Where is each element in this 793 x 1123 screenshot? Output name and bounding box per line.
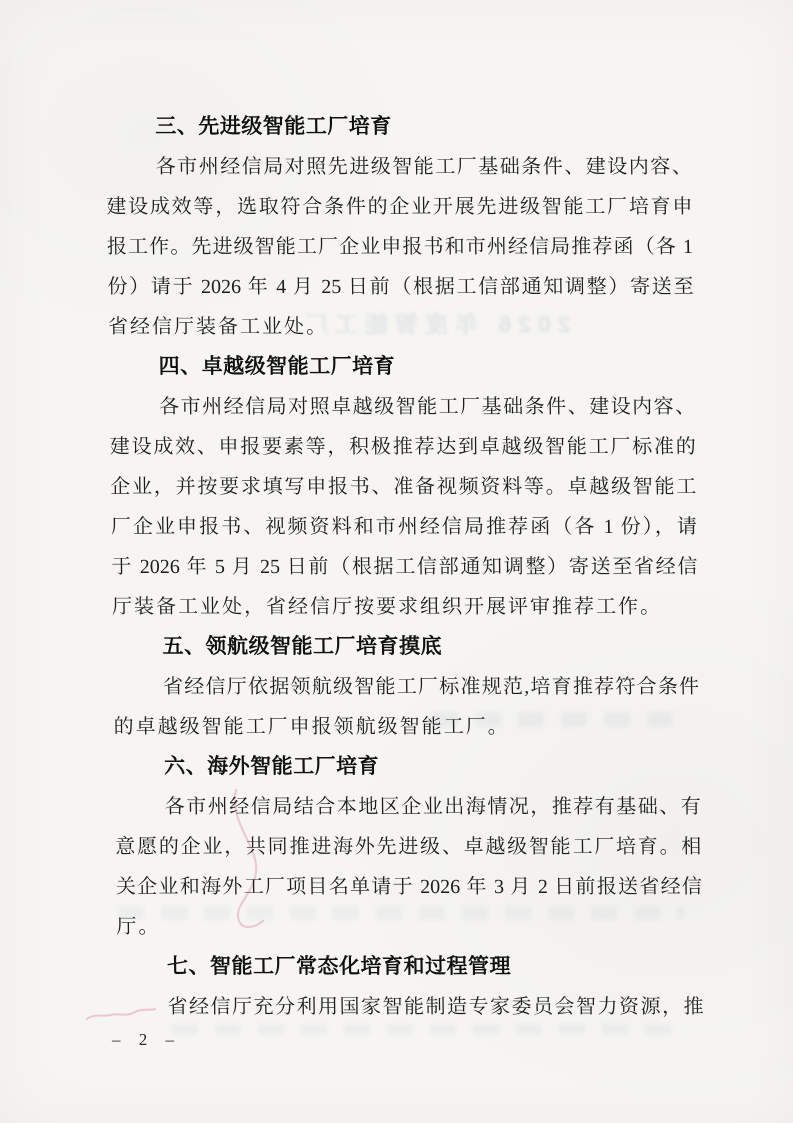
section-heading: 四、卓越级智能工厂培育 xyxy=(108,347,695,387)
text-line: 建设成效等，选取符合条件的企业开展先进级智能工厂培育申 xyxy=(106,187,693,227)
section-heading: 五、领航级智能工厂培育摸底 xyxy=(112,627,699,667)
text-line: 各市州经信局结合本地区企业出海情况，推荐有基础、有 xyxy=(114,787,701,827)
text-line: 建设成效、申报要素等，积极推荐达到卓越级智能工厂标准的 xyxy=(109,427,696,467)
text-line: 省经信厅充分利用国家智能制造专家委员会智力资源，推 xyxy=(117,987,704,1027)
text-line: 各市州经信局对照卓越级智能工厂基础条件、建设内容、 xyxy=(109,387,696,427)
section-heading: 六、海外智能工厂培育 xyxy=(114,747,701,787)
text-line: 厂企业申报书、视频资料和市州经信局推荐函（各 1 份），请 xyxy=(111,507,698,547)
text-line: 关企业和海外工厂项目名单请于 2026 年 3 月 2 日前报送省经信 xyxy=(116,867,703,907)
text-line: 报工作。先进级智能工厂企业申报书和市州经信局推荐函（各 1 xyxy=(107,227,694,267)
text-line: 的卓越级智能工厂申报领航级智能工厂。 xyxy=(113,707,700,747)
section-heading: 三、先进级智能工厂培育 xyxy=(105,107,692,147)
document-body: 三、先进级智能工厂培育各市州经信局对照先进级智能工厂基础条件、建设内容、建设成效… xyxy=(105,107,704,1027)
document-page: 2026 年度智能工厂 三、先进级智能工厂培育各市州经信局对照先进级智能工厂基础… xyxy=(0,0,793,1123)
text-line: 厅。 xyxy=(116,907,703,947)
text-line: 份）请于 2026 年 4 月 25 日前（根据工信部通知调整）寄送至 xyxy=(107,267,694,307)
text-line: 省经信厅装备工业处。 xyxy=(108,307,695,347)
text-line: 意愿的企业，共同推进海外先进级、卓越级智能工厂培育。相 xyxy=(115,827,702,867)
text-line: 于 2026 年 5 月 25 日前（根据工信部通知调整）寄送至省经信 xyxy=(111,547,698,587)
text-line: 厅装备工业处，省经信厅按要求组织开展评审推荐工作。 xyxy=(112,587,699,627)
text-line: 省经信厅依据领航级智能工厂标准规范,培育推荐符合条件 xyxy=(113,667,700,707)
text-line: 企业，并按要求填写申报书、准备视频资料等。卓越级智能工 xyxy=(110,467,697,507)
page-number: – 2 – xyxy=(112,1030,181,1050)
text-line: 各市州经信局对照先进级智能工厂基础条件、建设内容、 xyxy=(106,147,693,187)
section-heading: 七、智能工厂常态化培育和过程管理 xyxy=(117,947,704,987)
